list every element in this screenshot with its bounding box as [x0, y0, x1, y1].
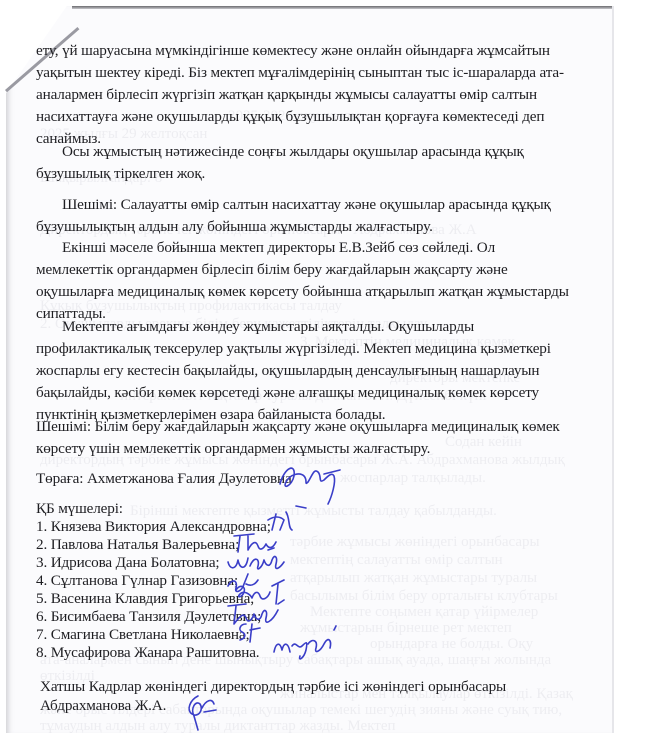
paragraph-4-line: оқушыларға медициналық көмек көрсету бой…	[36, 281, 569, 303]
member-item: 8. Мусафирова Жанара Рашитовна.	[36, 642, 259, 664]
paragraph-1-line: уақытын шектеу кіреді. Біз мектеп мұғалі…	[36, 62, 564, 84]
show-through-text: Мектепте соңымен қатар үйірмелер	[310, 604, 538, 621]
decision-1-line: Шешімі: Салауатты өмір салтын насихаттау…	[62, 194, 551, 216]
show-through-text: атқарылып жатқан жұмыстары туралы	[290, 570, 537, 587]
decision-2-line: Шешімі: Білім беру жағдайларын жақсарту …	[36, 416, 560, 438]
paragraph-1-line: насихаттауға және оқушыларды құқық бұзуш…	[36, 106, 544, 128]
paragraph-2-line: Осы жұмыстың нәтижесінде соңғы жылдары о…	[62, 141, 524, 163]
paragraph-4-line: мемлекеттік органдармен бірлесіп білім б…	[36, 259, 508, 281]
paragraph-4-line: Екінші мәселе бойынша мектеп директоры Е…	[62, 237, 495, 259]
decision-1-line: бұзушылықтың алдын алу бойынша жұмыстард…	[36, 216, 433, 238]
paragraph-5-line: бақылайды, кәсіби көмек көрсетеді және а…	[36, 382, 539, 404]
member-8-signature-icon	[268, 622, 348, 664]
paragraph-1-line: аналармен бірлесіп жүргізіп жатқан қарқы…	[36, 84, 537, 106]
member-7-signature-icon	[232, 616, 272, 644]
show-through-text: жоспарлар талқылады.	[340, 470, 486, 487]
paragraph-2-line: бұзушылық тіркелген жоқ.	[36, 163, 205, 185]
show-through-text: тәрбие жұмысы жөніндегі орынбасары	[290, 534, 540, 551]
secretary-name: Абдрахманова Ж.А.	[40, 695, 166, 717]
show-through-text: басылымы білім беру орталығы клубтары	[290, 588, 558, 605]
secretary-signature-icon	[176, 690, 226, 733]
show-through-text: орындарға не болды. Оқу	[370, 636, 533, 653]
paragraph-1-line: ету, үй шаруасына мүмкіндігінше көмектес…	[36, 40, 550, 62]
decision-2-line: көрсету үшін мемлекеттік органдармен жұм…	[36, 438, 430, 460]
paragraph-5-line: профилактикалық тексерулер уақтылы жүргі…	[36, 338, 551, 360]
show-through-text: мектептің салауатты өмір салтын	[290, 552, 503, 569]
paragraph-5-line: Мектепте ағымдағы жөндеу жұмыстары аяқта…	[62, 316, 474, 338]
page-top-edge	[72, 6, 612, 9]
chair-line: Төраға: Ахметжанова Ғалия Дәулетовна	[36, 468, 292, 490]
paragraph-5-line: жоспарлы егу кестесін бақылайды, оқушыла…	[36, 360, 539, 382]
